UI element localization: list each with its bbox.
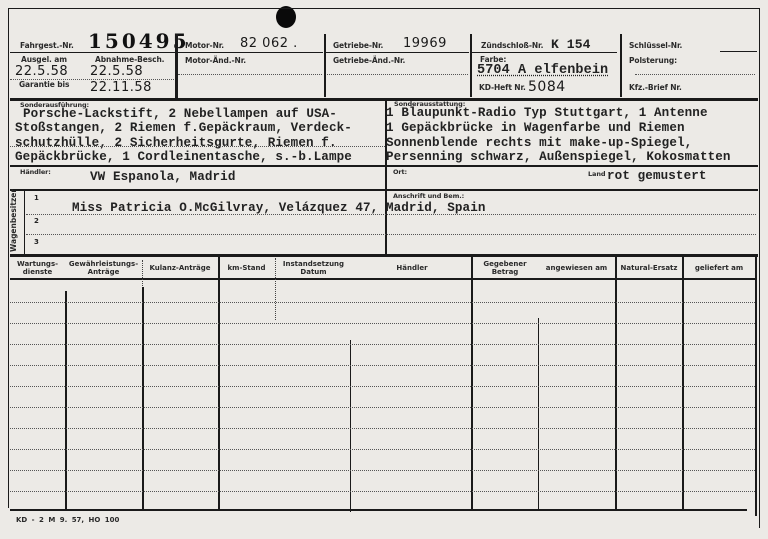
- special-version-line-2: Stoßstangen, 2 Riemen f.Gepäckraum, Verd…: [15, 121, 352, 135]
- key-label: Schlüssel-Nr.: [629, 41, 682, 50]
- registration-label: Kfz.-Brief Nr.: [629, 83, 682, 92]
- punch-hole: [276, 6, 296, 28]
- table-row-line: [10, 344, 755, 345]
- engine-change-dotted: [178, 74, 322, 75]
- table-row-line: [10, 470, 755, 471]
- owner-row-3-number: 3: [34, 238, 39, 246]
- col-header-goodwill-claims: Kulanz-Anträge: [142, 259, 218, 277]
- dealer-label: Händler:: [20, 168, 51, 176]
- owner-label-divider: [24, 190, 25, 255]
- owner-row-2-dotted: [26, 234, 756, 235]
- table-right-border: [755, 256, 757, 516]
- place-label: Ort:: [393, 168, 407, 176]
- dealer-value: VW Espanola, Madrid: [90, 170, 236, 184]
- ignition-label: Zündschloß-Nr.: [481, 41, 543, 50]
- table-row-line: [10, 449, 755, 450]
- owner-section-label: Wagenbesitzer: [9, 189, 18, 252]
- table-row-line: [10, 407, 755, 408]
- table-row-line: [10, 323, 755, 324]
- table-col-divider-8: [615, 256, 617, 509]
- country-value: rot gemustert: [607, 169, 707, 183]
- table-row-line: [10, 491, 755, 492]
- owner-row-1-number: 1: [34, 194, 39, 202]
- card-left-border: [8, 8, 9, 508]
- gearbox-change-dotted: [327, 74, 468, 75]
- dealer-row-bottom-border: [10, 189, 758, 191]
- special-equipment-line-4: Persenning schwarz, Außenspiegel, Kokosm…: [386, 150, 731, 164]
- table-col-divider-6: [471, 256, 473, 509]
- sv-dotted-line: [10, 146, 385, 147]
- color-col-divider: [620, 34, 622, 97]
- key-underline: [720, 51, 757, 52]
- table-col-divider-3: [218, 256, 220, 509]
- acceptance-date: 22.5.58: [90, 64, 143, 79]
- card-right-border: [759, 8, 760, 528]
- table-row-line: [10, 365, 755, 366]
- issued-label: Ausgel. am: [21, 55, 67, 64]
- address-label: Anschrift und Bem.:: [393, 192, 464, 200]
- col-header-assigned-on: angewiesen am: [538, 259, 615, 277]
- col-header-repair-date: Instandsetzung Datum: [275, 259, 352, 277]
- engine-col-divider: [324, 34, 326, 97]
- special-equipment-line-3: Sonnenblende rechts mit make-up-Spiegel,: [386, 136, 692, 150]
- card-top-border: [8, 8, 760, 9]
- engine-label: Motor-Nr.: [185, 41, 224, 50]
- engine-number: 82 062 .: [240, 36, 298, 51]
- col-header-warranty-claims: Gewährleistungs-Anträge: [65, 259, 142, 277]
- col-header-delivered-on: geliefert am: [683, 259, 755, 277]
- special-version-line-1: Porsche-Lackstift, 2 Nebellampen auf USA…: [23, 107, 337, 121]
- header-bottom-border: [10, 98, 758, 101]
- owner-row-1-value: Miss Patricia O.McGilvray, Velázquez 47,…: [72, 201, 486, 215]
- ignition-number: K 154: [551, 37, 591, 52]
- special-version-line-3: schutzhülle, 2 Sicherheitsgurte, Riemen …: [15, 136, 337, 150]
- issued-date: 22.5.58: [15, 64, 68, 79]
- table-row-line: [10, 386, 755, 387]
- upholstery-label: Polsterung:: [629, 56, 677, 65]
- table-row-line: [10, 302, 755, 303]
- engine-divider: [177, 52, 323, 53]
- kd-booklet-number: 5084: [528, 79, 566, 95]
- owner-block-bottom-border: [10, 254, 758, 257]
- form-footer-code: KD - 2 M 9. 57, HO 100: [16, 516, 119, 524]
- color-value: 5704 A elfenbein: [477, 63, 608, 78]
- ignition-divider: [472, 52, 617, 53]
- col-header-amount-given: Gegebener Betrag: [472, 259, 538, 277]
- upholstery-dotted: [635, 74, 755, 75]
- table-bottom-border: [10, 509, 747, 511]
- gearbox-number: 19969: [403, 36, 447, 51]
- col-header-replacement-in-kind: Natural-Ersatz: [615, 259, 683, 277]
- special-section-bottom-border: [10, 165, 758, 167]
- gearbox-divider: [326, 52, 469, 53]
- col-header-maintenance: Wartungs-dienste: [10, 259, 65, 277]
- owner-row-2-number: 2: [34, 217, 39, 225]
- table-header-bottom-border: [10, 278, 756, 280]
- chassis-block-right-border: [175, 34, 178, 100]
- gearbox-label: Getriebe-Nr.: [333, 41, 383, 50]
- country-label: Land: [588, 170, 605, 178]
- gearbox-col-divider: [470, 34, 472, 97]
- acceptance-label: Abnahme-Besch.: [95, 55, 164, 64]
- owner-row-1-dotted: [26, 214, 756, 215]
- table-col-divider-4: [275, 258, 276, 320]
- service-record-card: Fahrgest.-Nr. 150495 Ausgel. am Abnahme-…: [0, 0, 768, 539]
- special-version-line-4: Gepäckbrücke, 1 Cordleinentasche, s.-b.L…: [15, 150, 352, 164]
- warranty-date: 22.11.58: [90, 80, 152, 95]
- table-row-line: [10, 428, 755, 429]
- table-col-divider-9: [682, 256, 684, 509]
- kd-booklet-label: KD-Heft Nr.: [479, 83, 526, 92]
- gearbox-change-label: Getriebe-Änd.-Nr.: [333, 56, 405, 65]
- special-equipment-line-1: 1 Blaupunkt-Radio Typ Stuttgart, 1 Anten…: [386, 106, 708, 120]
- chassis-label: Fahrgest.-Nr.: [20, 41, 74, 50]
- col-header-dealer: Händler: [352, 259, 472, 277]
- engine-change-label: Motor-Änd.-Nr.: [185, 56, 246, 65]
- warranty-label: Garantie bis: [19, 80, 69, 89]
- table-col-divider-7: [538, 318, 539, 509]
- special-equipment-line-2: 1 Gepäckbrücke in Wagenfarbe und Riemen: [386, 121, 685, 135]
- col-header-mileage: km-Stand: [218, 259, 275, 277]
- table-col-divider-2: [142, 287, 144, 509]
- chassis-divider: [10, 52, 176, 53]
